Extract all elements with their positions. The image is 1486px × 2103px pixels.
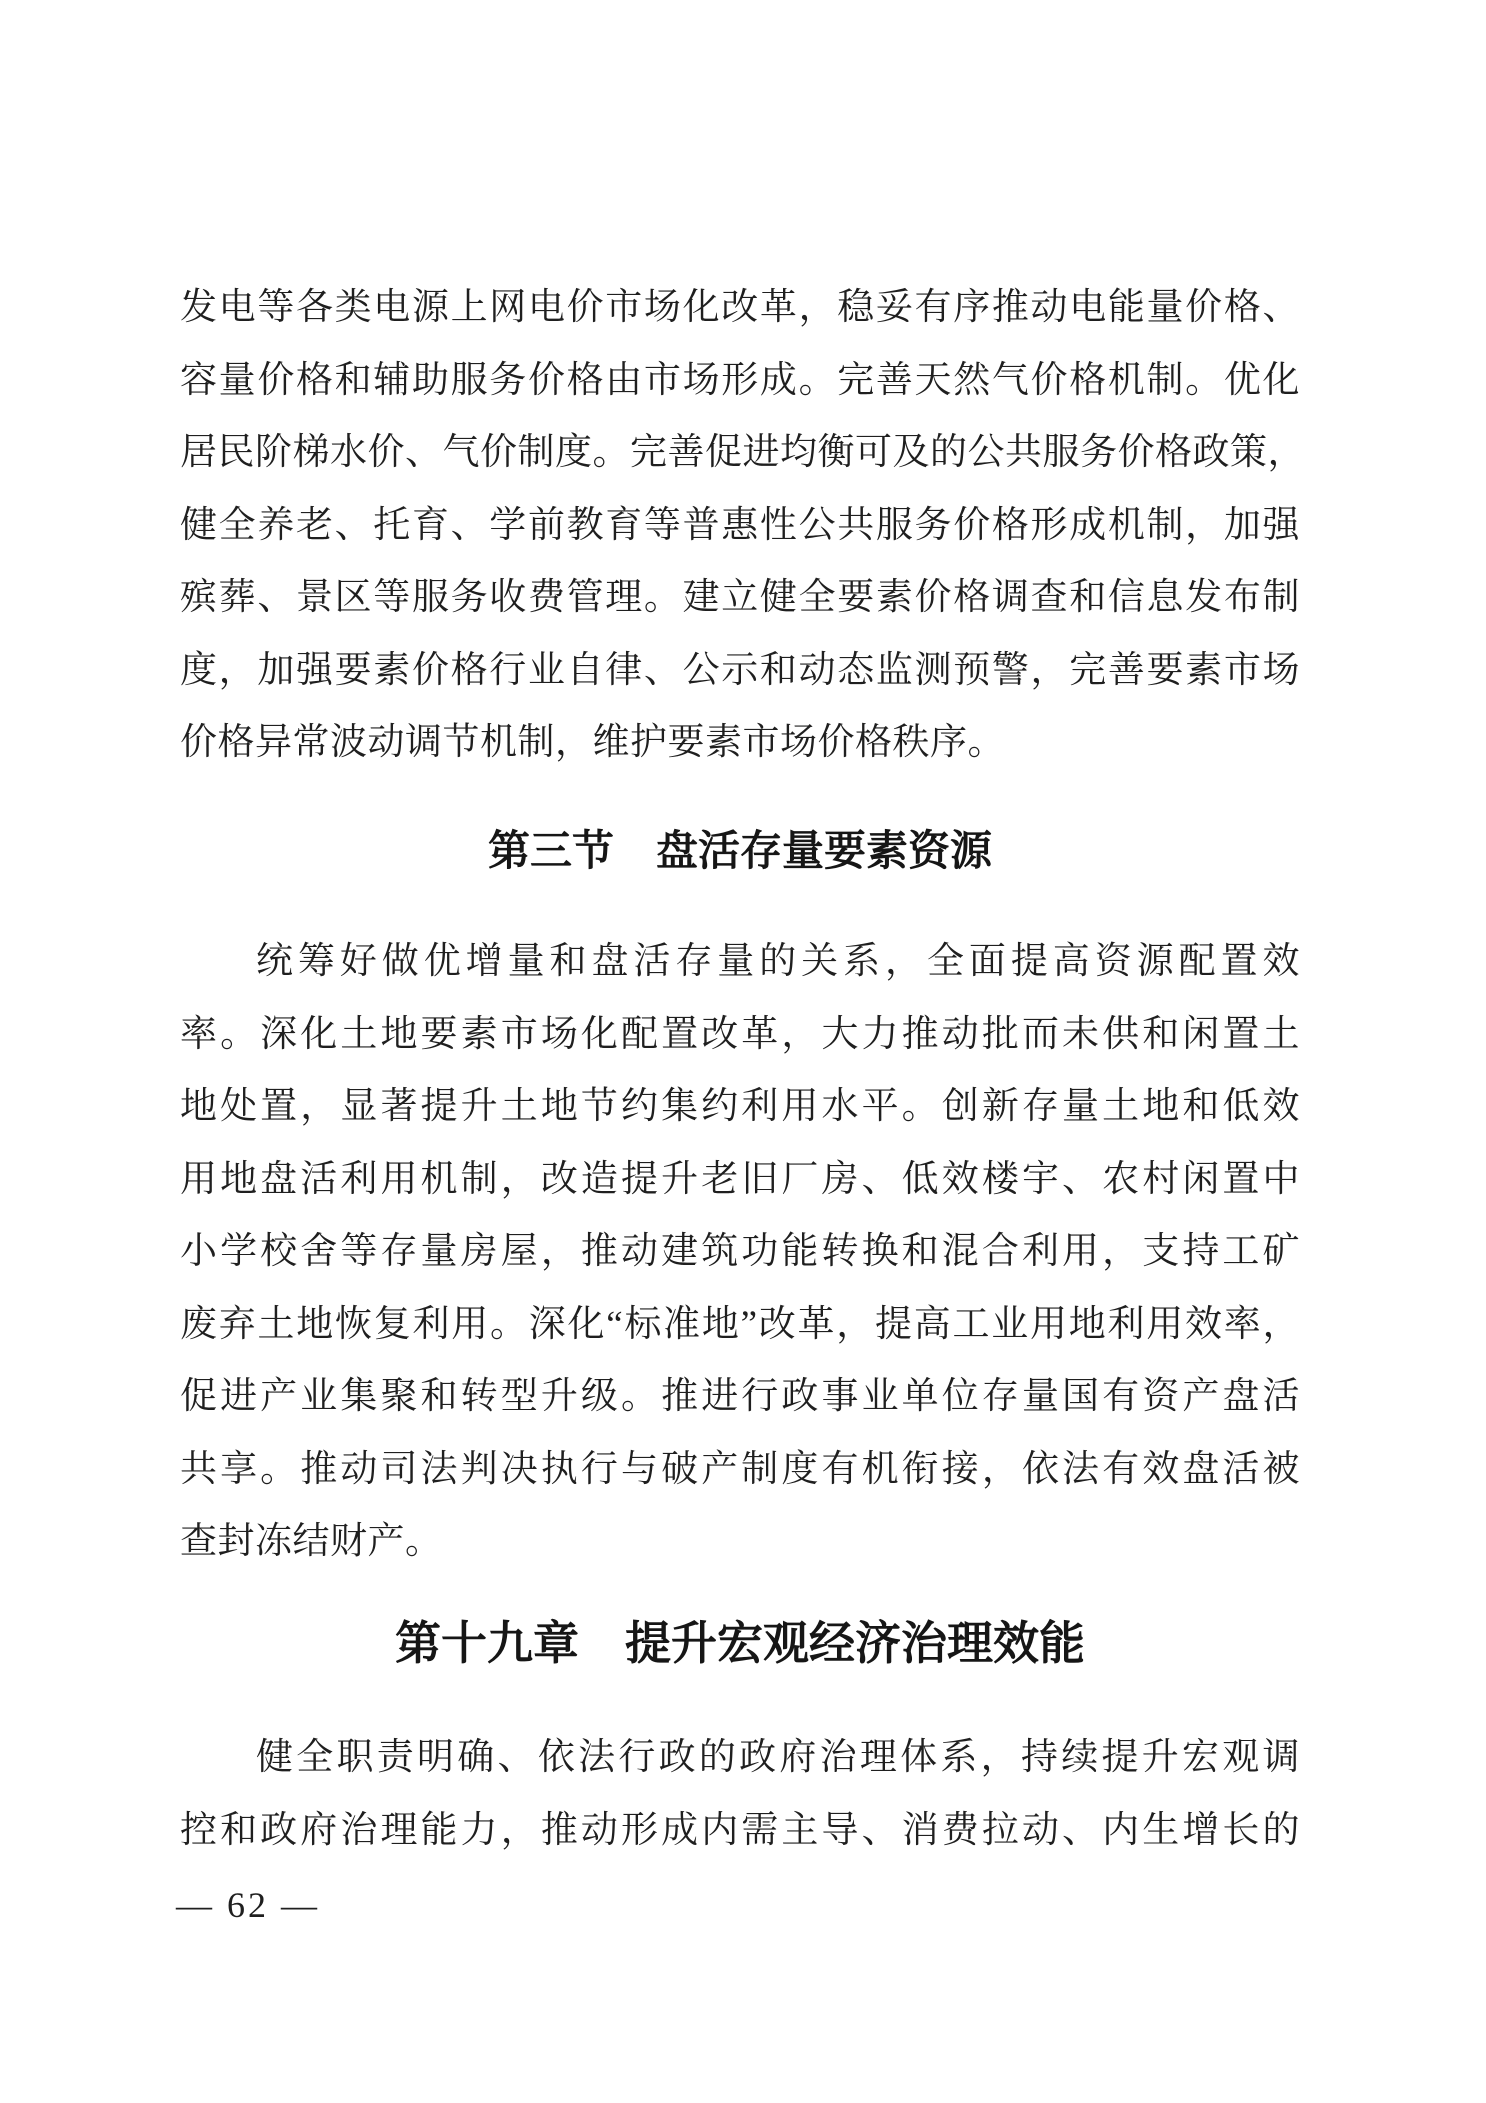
text-line: 健全养老、托育、学前教育等普惠性公共服务价格形成机制，加强 — [180, 490, 1300, 563]
paragraph-price-reform: 发电等各类电源上网电价市场化改革，稳妥有序推动电能量价格、 容量价格和辅助服务价… — [180, 272, 1300, 780]
text-line: 度，加强要素价格行业自律、公示和动态监测预警，完善要素市场 — [180, 635, 1300, 708]
text-line: 用地盘活利用机制，改造提升老旧厂房、低效楼宇、农村闲置中 — [180, 1144, 1300, 1217]
chapter-heading: 第十九章 提升宏观经济治理效能 — [180, 1611, 1300, 1677]
text-line: 价格异常波动调节机制，维护要素市场价格秩序。 — [180, 707, 1300, 780]
text-line: 容量价格和辅助服务价格由市场形成。完善天然气价格机制。优化 — [180, 345, 1300, 418]
paragraph-stock-resources: 统筹好做优增量和盘活存量的关系，全面提高资源配置效 率。深化土地要素市场化配置改… — [180, 926, 1300, 1579]
text-line: 控和政府治理能力，推动形成内需主导、消费拉动、内生增长的 — [180, 1795, 1300, 1868]
text-line: 促进产业集聚和转型升级。推进行政事业单位存量国有资产盘活 — [180, 1361, 1300, 1434]
text-line: 地处置，显著提升土地节约集约利用水平。创新存量土地和低效 — [180, 1071, 1300, 1144]
page-number-footer: — 62 — — [176, 1883, 320, 1927]
document-page: 发电等各类电源上网电价市场化改革，稳妥有序推动电能量价格、 容量价格和辅助服务价… — [0, 0, 1486, 2103]
text-line: 废弃土地恢复利用。深化“标准地”改革，提高工业用地利用效率， — [180, 1289, 1300, 1362]
paragraph-macro-governance: 健全职责明确、依法行政的政府治理体系，持续提升宏观调 控和政府治理能力，推动形成… — [180, 1722, 1300, 1867]
text-line: 统筹好做优增量和盘活存量的关系，全面提高资源配置效 — [180, 926, 1300, 999]
text-line: 率。深化土地要素市场化配置改革，大力推动批而未供和闲置土 — [180, 999, 1300, 1072]
section-heading: 第三节 盘活存量要素资源 — [180, 820, 1300, 884]
text-line: 殡葬、景区等服务收费管理。建立健全要素价格调查和信息发布制 — [180, 562, 1300, 635]
text-line: 发电等各类电源上网电价市场化改革，稳妥有序推动电能量价格、 — [180, 272, 1300, 345]
text-line: 查封冻结财产。 — [180, 1506, 1300, 1579]
text-line: 居民阶梯水价、气价制度。完善促进均衡可及的公共服务价格政策， — [180, 417, 1300, 490]
text-line: 小学校舍等存量房屋，推动建筑功能转换和混合利用，支持工矿 — [180, 1216, 1300, 1289]
text-line: 共享。推动司法判决执行与破产制度有机衔接，依法有效盘活被 — [180, 1434, 1300, 1507]
text-line: 健全职责明确、依法行政的政府治理体系，持续提升宏观调 — [180, 1722, 1300, 1795]
